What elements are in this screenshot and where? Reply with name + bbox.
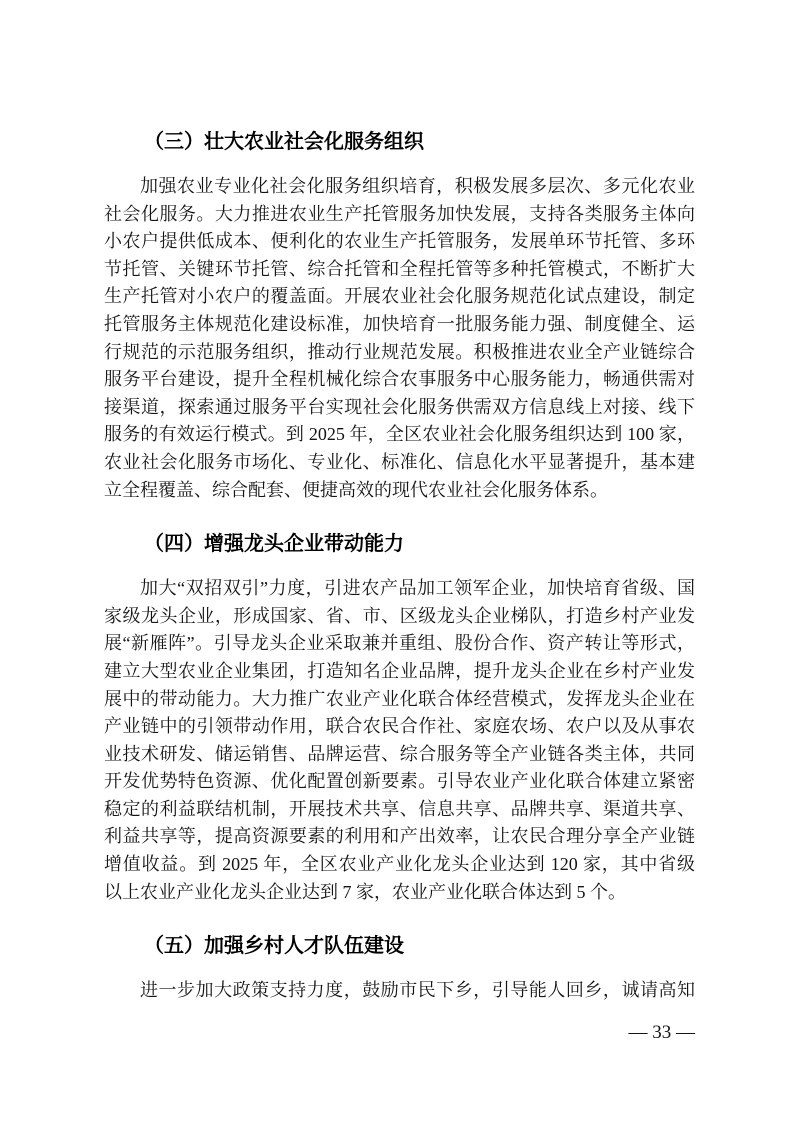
paragraph: 加强农业专业化社会化服务组织培育，积极发展多层次、多元化农业 社会化服务。大力推… [104,173,695,504]
text-line: 增值收益。到 2025 年，全区农业产业化龙头企业达到 120 家，其中省级 [104,851,695,879]
text-line: 加大“双招双引”力度，引进农产品加工领军企业，加快培育省级、国 [104,575,695,603]
text-line: 立全程覆盖、综合配套、便捷高效的现代农业社会化服务体系。 [104,477,695,505]
text-line: 农业社会化服务市场化、专业化、标准化、信息化水平显著提升，基本建 [104,449,695,477]
text-line: 展“新雁阵”。引导龙头企业采取兼并重组、股份合作、资产转让等形式， [104,630,695,658]
section-heading: （三）壮大农业社会化服务组织 [104,128,695,156]
text-line: 开发优势特色资源、优化配置创新要素。引导农业产业化联合体建立紧密 [104,768,695,796]
text-line: 进一步加大政策支持力度，鼓励市民下乡，引导能人回乡，诚请高知 [104,977,695,1005]
text-line: 以上农业产业化龙头企业达到 7 家，农业产业化联合体达到 5 个。 [104,879,695,907]
section-heading: （四）增强龙头企业带动能力 [104,530,695,558]
text-line: 业技术研发、储运销售、品牌运营、综合服务等全产业链各类主体，共同 [104,741,695,769]
page-number: — 33 — [104,1019,695,1046]
text-line: 家级龙头企业，形成国家、省、市、区级龙头企业梯队，打造乡村产业发 [104,603,695,631]
text-line: 生产托管对小农户的覆盖面。开展农业社会化服务规范化试点建设，制定 [104,283,695,311]
text-line: 展中的带动能力。大力推广农业产业化联合体经营模式，发挥龙头企业在 [104,686,695,714]
text-line: 产业链中的引领带动作用，联合农民合作社、家庭农场、农户以及从事农 [104,713,695,741]
text-line: 建立大型农业企业集团，打造知名企业品牌，提升龙头企业在乡村产业发 [104,658,695,686]
text-line: 小农户提供低成本、便利化的农业生产托管服务，发展单环节托管、多环 [104,228,695,256]
text-line: 利益共享等，提高资源要素的利用和产出效率，让农民合理分享全产业链 [104,823,695,851]
section-heading: （五）加强乡村人才队伍建设 [104,932,695,960]
document-page: （三）壮大农业社会化服务组织 加强农业专业化社会化服务组织培育，积极发展多层次、… [0,0,793,1122]
text-line: 节托管、关键环节托管、综合托管和全程托管等多种托管模式，不断扩大 [104,256,695,284]
text-line: 服务的有效运行模式。到 2025 年，全区农业社会化服务组织达到 100 家， [104,421,695,449]
paragraph: 进一步加大政策支持力度，鼓励市民下乡，引导能人回乡，诚请高知 [104,977,695,1005]
text-line: 稳定的利益联结机制，开展技术共享、信息共享、品牌共享、渠道共享、 [104,796,695,824]
text-line: 接渠道，探索通过服务平台实现社会化服务供需双方信息线上对接、线下 [104,394,695,422]
text-line: 社会化服务。大力推进农业生产托管服务加快发展，支持各类服务主体向 [104,201,695,229]
text-line: 托管服务主体规范化建设标准，加快培育一批服务能力强、制度健全、运 [104,311,695,339]
text-line: 加强农业专业化社会化服务组织培育，积极发展多层次、多元化农业 [104,173,695,201]
text-line: 行规范的示范服务组织，推动行业规范发展。积极推进农业全产业链综合 [104,339,695,367]
paragraph: 加大“双招双引”力度，引进农产品加工领军企业，加快培育省级、国 家级龙头企业，形… [104,575,695,906]
text-line: 服务平台建设，提升全程机械化综合农事服务中心服务能力，畅通供需对 [104,366,695,394]
